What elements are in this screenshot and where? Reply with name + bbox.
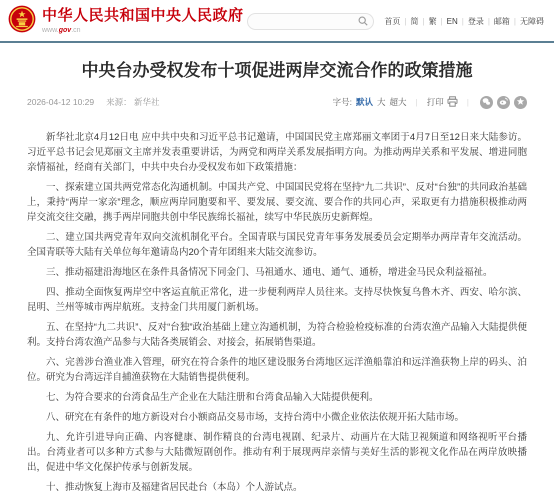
meta-separator: | <box>416 97 418 107</box>
article-paragraph: 六、完善涉台渔业准入管理，研究在符合条件的地区建设服务台湾地区远洋渔船靠泊和远洋… <box>27 355 527 385</box>
wechat-icon <box>482 97 491 108</box>
article-paragraph: 一、探索建立国共两党常态化沟通机制。中国共产党、中国国民党将在坚持“九二共识”、… <box>27 180 527 225</box>
search-box[interactable] <box>247 13 374 30</box>
share-wechat-button[interactable] <box>480 96 493 109</box>
share-favorite-button[interactable] <box>514 96 527 109</box>
site-header: 中华人民共和国中央人民政府 www.gov.cn 首页 | 简 | 繁 | EN… <box>0 0 554 43</box>
search-input[interactable] <box>256 16 358 27</box>
article-paragraph: 二、建立国共两党青年双向交流机制化平台。全国青联与国民党青年事务发展委员会定期举… <box>27 230 527 260</box>
print-button[interactable]: 打印 <box>427 96 458 109</box>
nav-link-accessibility[interactable]: 无障碍 <box>520 16 544 27</box>
publish-datetime: 2026-04-12 10:29 <box>27 97 94 107</box>
print-label: 打印 <box>427 96 444 108</box>
site-url: www.gov.cn <box>42 27 244 35</box>
nav-separator: | <box>514 17 516 26</box>
font-size-default-button[interactable]: 默认 <box>356 96 373 108</box>
nav-separator: | <box>404 17 406 26</box>
nav-link-simplified[interactable]: 简 <box>410 16 418 27</box>
top-nav: 首页 | 简 | 繁 | EN | 登录 | 邮箱 | 无障碍 <box>384 16 544 27</box>
font-size-large-button[interactable]: 大 <box>377 96 386 108</box>
share-weibo-button[interactable] <box>497 96 510 109</box>
nav-separator: | <box>462 17 464 26</box>
nav-link-home[interactable]: 首页 <box>384 16 400 27</box>
nav-link-traditional[interactable]: 繁 <box>429 16 437 27</box>
article-body: 新华社北京4月12日电 应中共中央和习近平总书记邀请，中国国民党主席郑丽文率团于… <box>27 130 527 495</box>
nav-link-english[interactable]: EN <box>447 17 458 26</box>
share-bar <box>480 96 527 109</box>
article-paragraph: 九、允许引进导向正确、内容健康、制作精良的台湾电视剧、纪录片、动画片在大陆卫视频… <box>27 430 527 475</box>
meta-separator: | <box>467 97 469 107</box>
site-title: 中华人民共和国中央人民政府 <box>42 8 244 25</box>
site-logo[interactable]: 中华人民共和国中央人民政府 www.gov.cn <box>8 5 244 38</box>
nav-separator: | <box>422 17 424 26</box>
nav-separator: | <box>488 17 490 26</box>
star-icon <box>516 97 525 108</box>
article-title: 中央台办受权发布十项促进两岸交流合作的政策措施 <box>35 60 519 83</box>
source-label: 来源： <box>106 97 132 107</box>
search-icon[interactable] <box>358 13 368 31</box>
article-paragraph: 七、为符合要求的台湾食品生产企业在大陆注册和台湾食品输入大陆提供便利。 <box>27 390 527 405</box>
nav-separator: | <box>441 17 443 26</box>
printer-icon <box>447 96 458 109</box>
article-paragraph: 十、推动恢复上海市及福建省居民赴台（本岛）个人游试点。 <box>27 480 527 495</box>
font-size-xlarge-button[interactable]: 超大 <box>390 96 407 108</box>
nav-link-login[interactable]: 登录 <box>468 16 484 27</box>
article-paragraph: 五、在坚持“九二共识”、反对“台独”政治基础上建立沟通机制，为符合检验检疫标准的… <box>27 320 527 350</box>
national-emblem-icon <box>8 5 36 38</box>
font-size-label: 字号: <box>333 96 352 108</box>
nav-link-mail[interactable]: 邮箱 <box>494 16 510 27</box>
article-paragraph: 新华社北京4月12日电 应中共中央和习近平总书记邀请，中国国民党主席郑丽文率团于… <box>27 130 527 175</box>
weibo-icon <box>499 97 508 108</box>
source-name: 新华社 <box>134 97 160 107</box>
article-meta: 2026-04-12 10:29 来源： 新华社 字号: 默认 大 超大 | 打… <box>27 96 527 109</box>
source: 来源： 新华社 <box>106 96 159 108</box>
article-paragraph: 三、推动福建沿海地区在条件具备情况下同金门、马祖通水、通电、通气、通桥，增进金马… <box>27 265 527 280</box>
article: 中央台办受权发布十项促进两岸交流合作的政策措施 2026-04-12 10:29… <box>0 60 554 495</box>
article-paragraph: 四、推动全面恢复两岸空中客运直航正常化，进一步便利两岸人员往来。支持尽快恢复乌鲁… <box>27 285 527 315</box>
article-paragraph: 八、研究在有条件的地方新设对台小额商品交易市场，支持台湾中小微企业依法依规开拓大… <box>27 410 527 425</box>
